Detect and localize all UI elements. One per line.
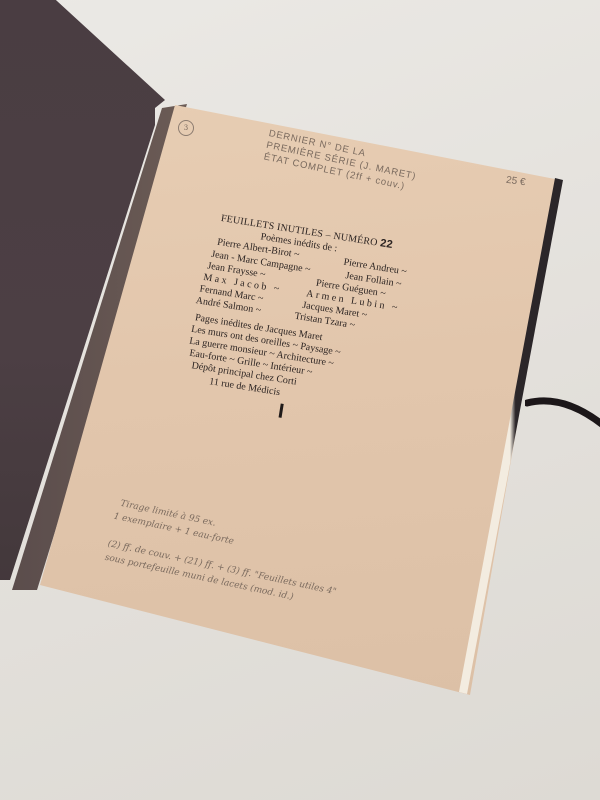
vertical-bar-mark <box>279 403 284 417</box>
printed-block: FEUILLETS INUTILES – NUMÉRO 22 Poèmes in… <box>191 212 479 448</box>
handwritten-note-top: DERNIER N° DE LA PREMIÈRE SÉRIE (J. MARE… <box>263 128 420 195</box>
circled-number: 3 <box>178 120 194 136</box>
handwritten-note-bottom: Tirage limité à 95 ex. 1 exemplaire + 1 … <box>103 496 346 613</box>
price-note: 25 € <box>505 175 526 189</box>
issue-number: 22 <box>379 237 393 251</box>
photo-scene: 3 DERNIER N° DE LA PREMIÈRE SÉRIE (J. MA… <box>0 0 600 800</box>
